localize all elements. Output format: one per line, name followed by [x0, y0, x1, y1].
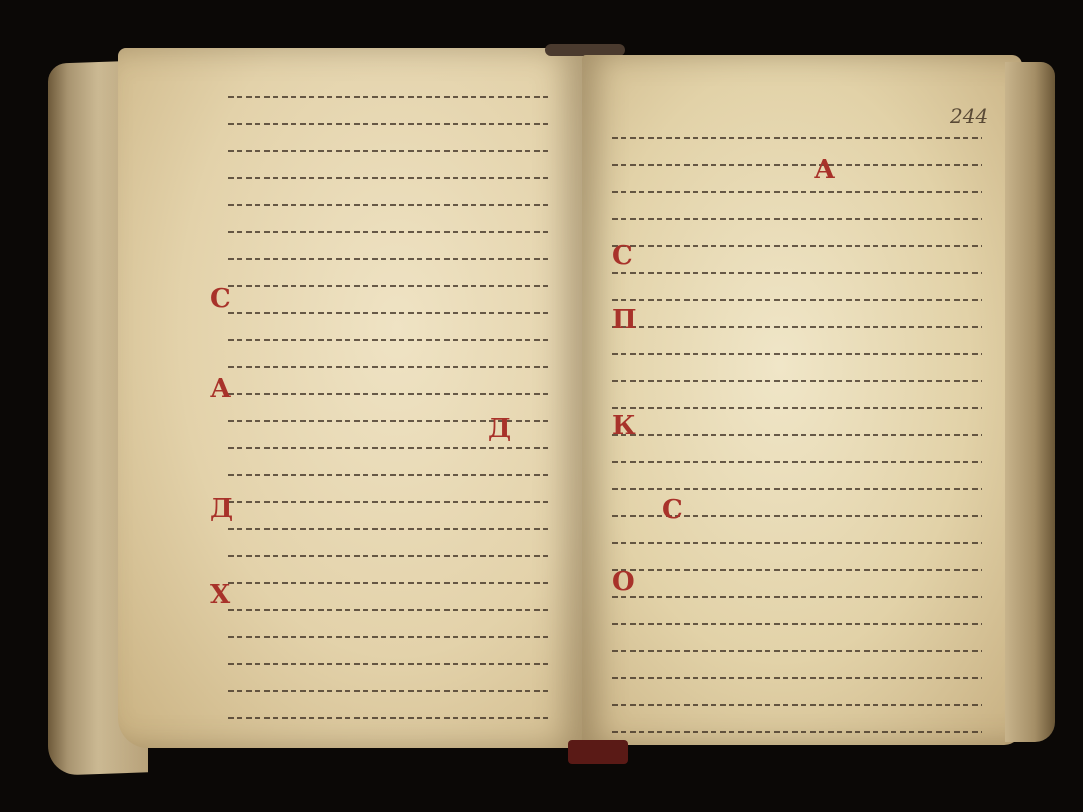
left-page: С А Д Д Х: [118, 48, 583, 748]
red-initial: О: [612, 567, 635, 597]
red-initial: С: [662, 495, 683, 525]
red-initial: С: [210, 284, 231, 314]
page-number: 244: [950, 104, 988, 128]
right-text-block: [612, 137, 982, 758]
red-initial: Х: [210, 580, 230, 610]
red-initial: А: [814, 155, 835, 185]
red-initial: К: [612, 411, 636, 441]
red-initial: Д: [210, 494, 233, 524]
red-initial: Д: [488, 414, 511, 444]
red-initial: С: [612, 241, 633, 271]
manuscript-photo: С А Д Д Х А С П К С О 244: [0, 0, 1083, 812]
spine-bottom: [568, 740, 628, 764]
red-initial: П: [612, 305, 637, 335]
right-page-edges: [1005, 62, 1055, 742]
red-initial: А: [210, 374, 231, 404]
right-page: А С П К С О: [582, 55, 1022, 745]
